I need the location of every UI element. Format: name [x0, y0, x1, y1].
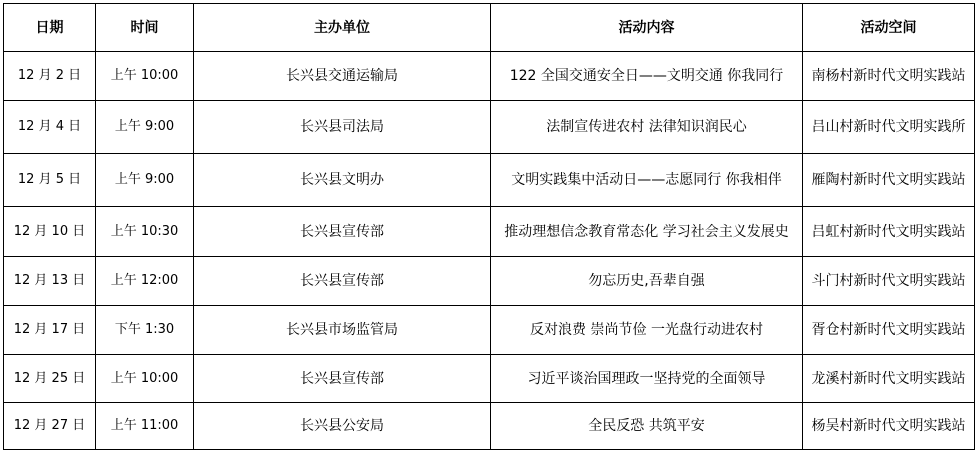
header-time: 时间: [96, 4, 194, 52]
header-venue: 活动空间: [803, 4, 975, 52]
cell-date: 12 月 13 日: [4, 257, 96, 306]
cell-time: 上午 10:00: [96, 355, 194, 403]
cell-organizer: 长兴县宣传部: [194, 207, 491, 257]
cell-time: 上午 12:00: [96, 257, 194, 306]
cell-time: 上午 10:30: [96, 207, 194, 257]
activity-schedule-table: 日期 时间 主办单位 活动内容 活动空间 12 月 2 日 上午 10:00 长…: [3, 3, 975, 450]
cell-organizer: 长兴县宣传部: [194, 257, 491, 306]
cell-organizer: 长兴县文明办: [194, 154, 491, 207]
cell-content: 法制宣传进农村 法律知识润民心: [491, 101, 803, 154]
cell-date: 12 月 5 日: [4, 154, 96, 207]
table-row: 12 月 10 日 上午 10:30 长兴县宣传部 推动理想信念教育常态化 学习…: [4, 207, 975, 257]
header-organizer: 主办单位: [194, 4, 491, 52]
table-row: 12 月 25 日 上午 10:00 长兴县宣传部 习近平谈治国理政一坚持党的全…: [4, 355, 975, 403]
cell-date: 12 月 2 日: [4, 52, 96, 101]
cell-date: 12 月 17 日: [4, 306, 96, 355]
cell-venue: 雁陶村新时代文明实践站: [803, 154, 975, 207]
header-content: 活动内容: [491, 4, 803, 52]
cell-time: 上午 9:00: [96, 101, 194, 154]
cell-organizer: 长兴县交通运输局: [194, 52, 491, 101]
cell-venue: 斗门村新时代文明实践站: [803, 257, 975, 306]
cell-organizer: 长兴县司法局: [194, 101, 491, 154]
cell-content: 反对浪费 崇尚节俭 一光盘行动进农村: [491, 306, 803, 355]
table-row: 12 月 17 日 下午 1:30 长兴县市场监管局 反对浪费 崇尚节俭 一光盘…: [4, 306, 975, 355]
cell-venue: 龙溪村新时代文明实践站: [803, 355, 975, 403]
cell-venue: 杨吴村新时代文明实践站: [803, 403, 975, 450]
cell-date: 12 月 4 日: [4, 101, 96, 154]
cell-venue: 南杨村新时代文明实践站: [803, 52, 975, 101]
table-header-row: 日期 时间 主办单位 活动内容 活动空间: [4, 4, 975, 52]
cell-venue: 吕虹村新时代文明实践站: [803, 207, 975, 257]
table-row: 12 月 5 日 上午 9:00 长兴县文明办 文明实践集中活动日——志愿同行 …: [4, 154, 975, 207]
table-row: 12 月 4 日 上午 9:00 长兴县司法局 法制宣传进农村 法律知识润民心 …: [4, 101, 975, 154]
cell-time: 上午 9:00: [96, 154, 194, 207]
header-date: 日期: [4, 4, 96, 52]
table-row: 12 月 13 日 上午 12:00 长兴县宣传部 勿忘历史,吾辈自强 斗门村新…: [4, 257, 975, 306]
cell-date: 12 月 10 日: [4, 207, 96, 257]
table-row: 12 月 27 日 上午 11:00 长兴县公安局 全民反恐 共筑平安 杨吴村新…: [4, 403, 975, 450]
cell-date: 12 月 25 日: [4, 355, 96, 403]
cell-organizer: 长兴县公安局: [194, 403, 491, 450]
cell-organizer: 长兴县市场监管局: [194, 306, 491, 355]
cell-time: 下午 1:30: [96, 306, 194, 355]
cell-content: 文明实践集中活动日——志愿同行 你我相伴: [491, 154, 803, 207]
table-row: 12 月 2 日 上午 10:00 长兴县交通运输局 122 全国交通安全日——…: [4, 52, 975, 101]
cell-time: 上午 11:00: [96, 403, 194, 450]
cell-content: 习近平谈治国理政一坚持党的全面领导: [491, 355, 803, 403]
cell-content: 122 全国交通安全日——文明交通 你我同行: [491, 52, 803, 101]
cell-venue: 吕山村新时代文明实践所: [803, 101, 975, 154]
cell-organizer: 长兴县宣传部: [194, 355, 491, 403]
cell-date: 12 月 27 日: [4, 403, 96, 450]
cell-venue: 胥仓村新时代文明实践站: [803, 306, 975, 355]
cell-content: 勿忘历史,吾辈自强: [491, 257, 803, 306]
cell-content: 全民反恐 共筑平安: [491, 403, 803, 450]
cell-time: 上午 10:00: [96, 52, 194, 101]
cell-content: 推动理想信念教育常态化 学习社会主义发展史: [491, 207, 803, 257]
